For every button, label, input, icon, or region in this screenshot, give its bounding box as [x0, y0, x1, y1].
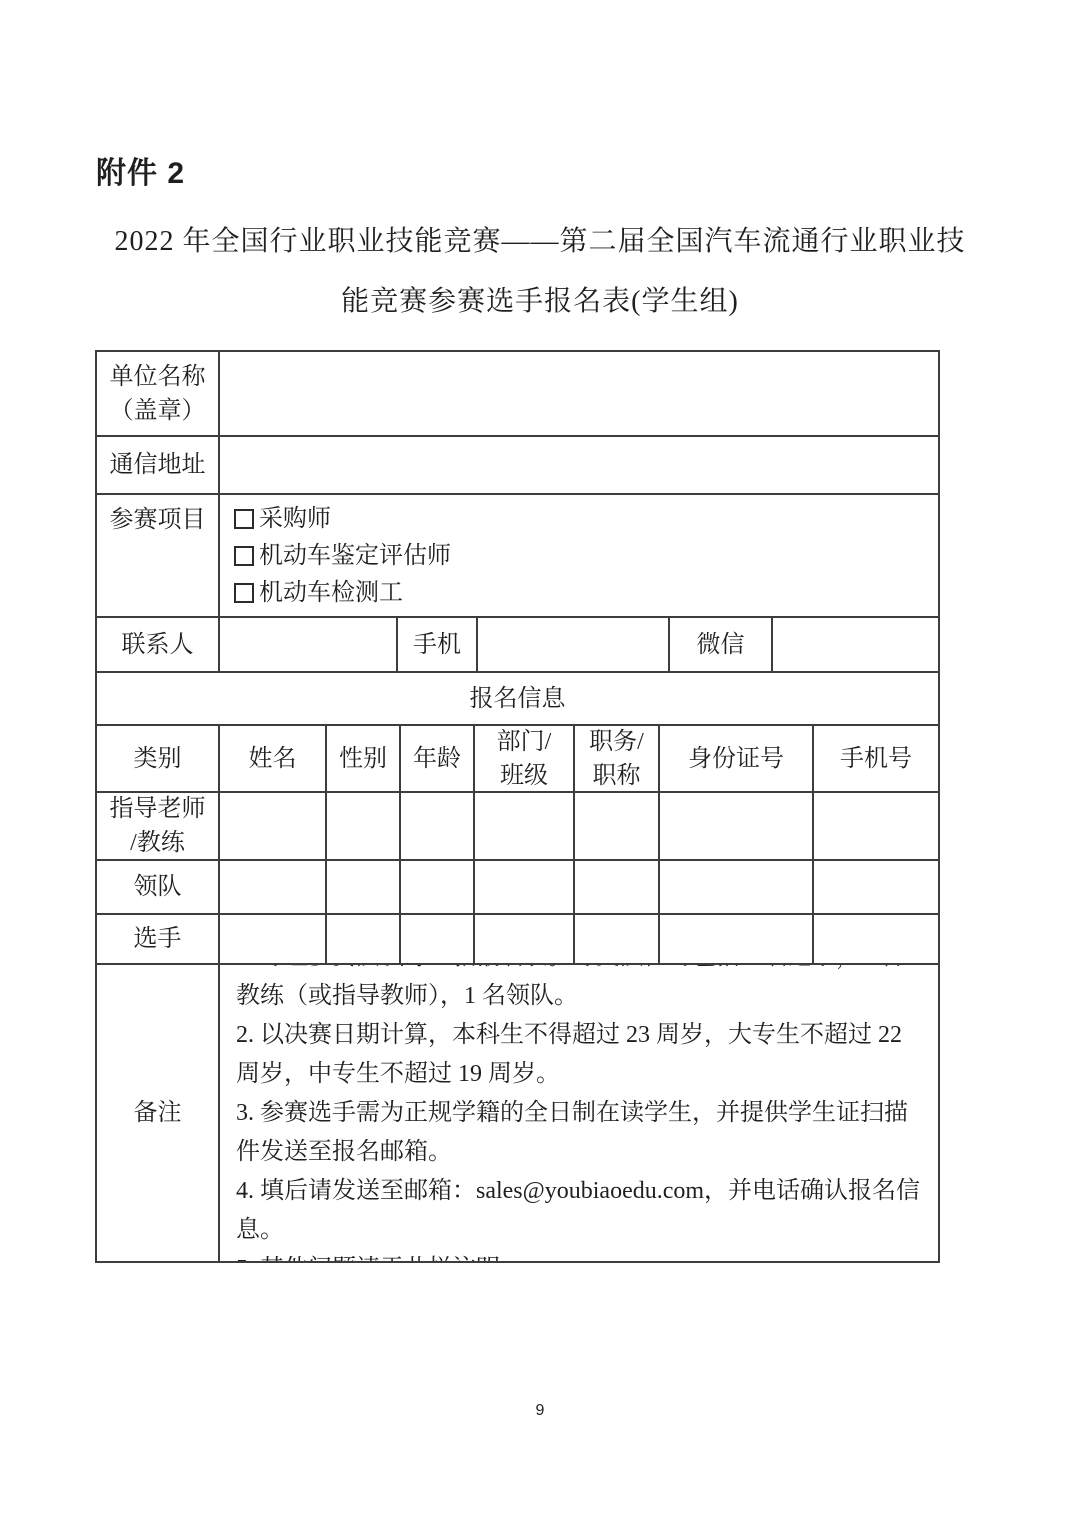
row-address: 通信地址: [97, 435, 938, 493]
event-option-appraiser: 机动车鉴定评估师: [234, 541, 451, 571]
event-label: 参赛项目: [97, 495, 218, 616]
leader-phone-field[interactable]: [812, 861, 938, 913]
mobile-label: 手机: [396, 618, 476, 671]
coach-name-field[interactable]: [218, 793, 325, 859]
coach-id-number-field[interactable]: [658, 793, 812, 859]
remark-item-2: 2. 以决赛日期计算，本科生不得超过 23 周岁，大专生不超过 22 周岁，中专…: [236, 1016, 924, 1094]
player-age-field[interactable]: [399, 915, 473, 963]
section-header: 报名信息: [97, 673, 938, 724]
row-contact: 联系人 手机 微信: [97, 616, 938, 671]
page-title-line-2: 能竞赛参赛选手报名表(学生组): [0, 272, 1080, 332]
remark-item-4: 4. 填后请发送至邮箱：sales@youbiaoedu.com，并电话确认报名…: [236, 1172, 924, 1250]
attachment-label: 附件 2: [96, 148, 185, 192]
event-option-label: 机动车检测工: [259, 578, 403, 608]
col-header-age: 年龄: [399, 726, 473, 791]
leader-gender-field[interactable]: [325, 861, 399, 913]
address-label: 通信地址: [97, 437, 218, 493]
wechat-label: 微信: [668, 618, 771, 671]
page-title: 2022 年全国行业职业技能竞赛——第二届全国汽车流通行业职业技 能竞赛参赛选手…: [0, 212, 1080, 332]
contact-label: 联系人: [97, 618, 218, 671]
leader-name-field[interactable]: [218, 861, 325, 913]
remark-item-3: 3. 参赛选手需为正规学籍的全日制在读学生，并提供学生证扫描件发送至报名邮箱。: [236, 1094, 924, 1172]
event-option-label: 采购师: [259, 504, 331, 534]
player-position-field[interactable]: [573, 915, 658, 963]
player-id-number-field[interactable]: [658, 915, 812, 963]
player-name-field[interactable]: [218, 915, 325, 963]
row-event: 参赛项目 采购师 机动车鉴定评估师 机动车检测工: [97, 493, 938, 616]
row-coach: 指导老师 /教练: [97, 791, 938, 859]
unit-name-label: 单位名称 （盖章）: [97, 352, 218, 435]
col-header-gender: 性别: [325, 726, 399, 791]
col-header-name: 姓名: [218, 726, 325, 791]
leader-department-field[interactable]: [473, 861, 573, 913]
wechat-field[interactable]: [771, 618, 938, 671]
col-header-department: 部门/ 班级: [473, 726, 573, 791]
row-section-header: 报名信息: [97, 671, 938, 724]
row-unit-name: 单位名称 （盖章）: [97, 352, 938, 435]
checkbox-icon[interactable]: [234, 546, 254, 566]
col-header-position: 职务/ 职称: [573, 726, 658, 791]
checkbox-icon[interactable]: [234, 509, 254, 529]
row-column-headers: 类别 姓名 性别 年龄 部门/ 班级 职务/ 职称 身份证号 手机号: [97, 724, 938, 791]
address-field[interactable]: [218, 437, 938, 493]
row-remarks: 备注 1. 每组参赛队填写一张报名表。每支队伍可包括 1 名选手，1 名教练（或…: [97, 963, 938, 1261]
remarks-content: 1. 每组参赛队填写一张报名表。每支队伍可包括 1 名选手，1 名教练（或指导教…: [218, 965, 938, 1261]
remarks-label: 备注: [97, 965, 218, 1261]
coach-gender-field[interactable]: [325, 793, 399, 859]
player-gender-field[interactable]: [325, 915, 399, 963]
row-player: 选手: [97, 913, 938, 963]
checkbox-icon[interactable]: [234, 583, 254, 603]
mobile-field[interactable]: [476, 618, 668, 671]
row-leader: 领队: [97, 859, 938, 913]
registration-table: 单位名称 （盖章） 通信地址 参赛项目 采购师 机动车鉴定评估师: [95, 350, 940, 1263]
coach-age-field[interactable]: [399, 793, 473, 859]
player-phone-field[interactable]: [812, 915, 938, 963]
coach-phone-field[interactable]: [812, 793, 938, 859]
coach-department-field[interactable]: [473, 793, 573, 859]
contact-field[interactable]: [218, 618, 396, 671]
event-options: 采购师 机动车鉴定评估师 机动车检测工: [218, 495, 938, 616]
unit-name-field[interactable]: [218, 352, 938, 435]
coach-position-field[interactable]: [573, 793, 658, 859]
event-option-purchaser: 采购师: [234, 504, 331, 534]
remark-item-1: 1. 每组参赛队填写一张报名表。每支队伍可包括 1 名选手，1 名教练（或指导教…: [236, 965, 924, 1016]
leader-age-field[interactable]: [399, 861, 473, 913]
page-title-line-1: 2022 年全国行业职业技能竞赛——第二届全国汽车流通行业职业技: [0, 212, 1080, 272]
player-department-field[interactable]: [473, 915, 573, 963]
document-page: 附件 2 2022 年全国行业职业技能竞赛——第二届全国汽车流通行业职业技 能竞…: [0, 0, 1080, 1527]
page-number: 9: [0, 1402, 1080, 1420]
player-row-label: 选手: [97, 915, 218, 963]
remark-item-5: 5. 其他问题请于此栏注明。: [236, 1250, 924, 1262]
coach-row-label: 指导老师 /教练: [97, 793, 218, 859]
col-header-phone: 手机号: [812, 726, 938, 791]
leader-id-number-field[interactable]: [658, 861, 812, 913]
event-option-inspector: 机动车检测工: [234, 578, 403, 608]
leader-row-label: 领队: [97, 861, 218, 913]
leader-position-field[interactable]: [573, 861, 658, 913]
event-option-label: 机动车鉴定评估师: [259, 541, 451, 571]
col-header-id-number: 身份证号: [658, 726, 812, 791]
col-header-category: 类别: [97, 726, 218, 791]
